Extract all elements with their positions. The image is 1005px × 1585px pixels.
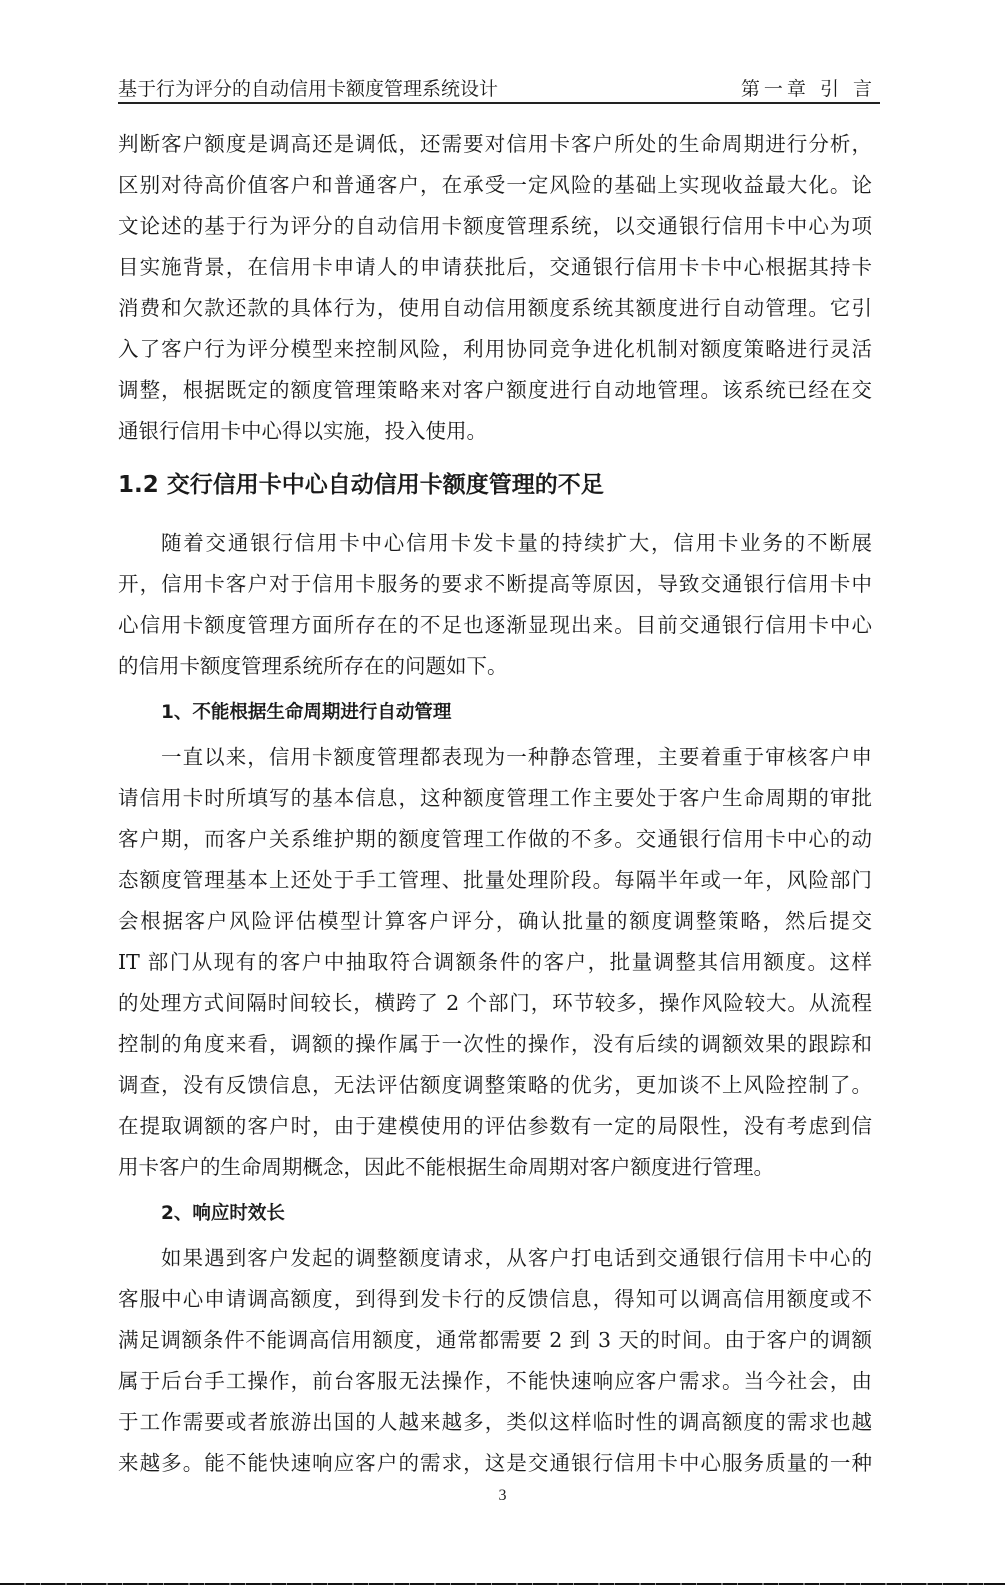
section-heading: 1.2 交行信用卡中心自动信用卡额度管理的不足 — [118, 465, 872, 505]
text-line: 调整，根据既定的额度管理策略来对客户额度进行自动地管理。该系统已经在交 — [118, 370, 872, 411]
text-line: 判断客户额度是调高还是调低，还需要对信用卡客户所处的生命周期进行分析， — [118, 124, 872, 165]
text-line: 目实施背景，在信用卡申请人的申请获批后，交通银行信用卡卡中心根据其持卡 — [118, 247, 872, 288]
text-line: 入了客户行为评分模型来控制风险，利用协同竞争进化机制对额度策略进行灵活 — [118, 329, 872, 370]
subsection-heading-2: 2、响应时效长 — [118, 1194, 872, 1234]
page-number: 3 — [0, 1487, 1005, 1505]
text-line: 在提取调额的客户时，由于建模使用的评估参数有一定的局限性，没有考虑到信 — [118, 1106, 872, 1147]
text-line: IT 部门从现有的客户中抽取符合调额条件的客户，批量调整其信用额度。这样 — [118, 942, 872, 983]
page-body: 判断客户额度是调高还是调低，还需要对信用卡客户所处的生命周期进行分析， 区别对待… — [118, 124, 872, 1484]
text-line: 如果遇到客户发起的调整额度请求，从客户打电话到交通银行信用卡中心的 — [118, 1238, 872, 1279]
text-line: 文论述的基于行为评分的自动信用卡额度管理系统，以交通银行信用卡中心为项 — [118, 206, 872, 247]
paragraph-section-intro: 随着交通银行信用卡中心信用卡发卡量的持续扩大，信用卡业务的不断展 开，信用卡客户… — [118, 523, 872, 687]
text-line: 来越多。能不能快速响应客户的需求，这是交通银行信用卡中心服务质量的一种 — [118, 1443, 872, 1484]
subsection-heading-1: 1、不能根据生命周期进行自动管理 — [118, 693, 872, 733]
text-line: 态额度管理基本上还处于手工管理、批量处理阶段。每隔半年或一年，风险部门 — [118, 860, 872, 901]
text-line: 会根据客户风险评估模型计算客户评分，确认批量的额度调整策略，然后提交 — [118, 901, 872, 942]
text-line: 一直以来，信用卡额度管理都表现为一种静态管理，主要着重于审核客户申 — [118, 737, 872, 778]
running-header: 基于行为评分的自动信用卡额度管理系统设计 第一章 引 言 — [118, 72, 880, 104]
text-line: 调查，没有反馈信息，无法评估额度调整策略的优劣，更加谈不上风险控制了。 — [118, 1065, 872, 1106]
text-line: 消费和欠款还款的具体行为，使用自动信用额度系统其额度进行自动管理。它引 — [118, 288, 872, 329]
text-line: 用卡客户的生命周期概念，因此不能根据生命周期对客户额度进行管理。 — [118, 1147, 872, 1188]
text-line: 于工作需要或者旅游出国的人越来越多，类似这样临时性的调高额度的需求也越 — [118, 1402, 872, 1443]
text-line: 属于后台手工操作，前台客服无法操作，不能快速响应客户需求。当今社会，由 — [118, 1361, 872, 1402]
text-line: 客服中心申请调高额度，到得到发卡行的反馈信息，得知可以调高信用额度或不 — [118, 1279, 872, 1320]
paragraph-intro: 判断客户额度是调高还是调低，还需要对信用卡客户所处的生命周期进行分析， 区别对待… — [118, 124, 872, 452]
text-line: 随着交通银行信用卡中心信用卡发卡量的持续扩大，信用卡业务的不断展 — [118, 523, 872, 564]
running-title: 基于行为评分的自动信用卡额度管理系统设计 — [118, 74, 498, 101]
text-line: 控制的角度来看，调额的操作属于一次性的操作，没有后续的调额效果的跟踪和 — [118, 1024, 872, 1065]
text-line: 区别对待高价值客户和普通客户，在承受一定风险的基础上实现收益最大化。论 — [118, 165, 872, 206]
text-line: 心信用卡额度管理方面所存在的不足也逐渐显现出来。目前交通银行信用卡中心 — [118, 605, 872, 646]
paragraph-subsection-1: 一直以来，信用卡额度管理都表现为一种静态管理，主要着重于审核客户申 请信用卡时所… — [118, 737, 872, 1188]
text-line: 请信用卡时所填写的基本信息，这种额度管理工作主要处于客户生命周期的审批 — [118, 778, 872, 819]
text-line: 的处理方式间隔时间较长，横跨了 2 个部门，环节较多，操作风险较大。从流程 — [118, 983, 872, 1024]
text-line: 开，信用卡客户对于信用卡服务的要求不断提高等原因，导致交通银行信用卡中 — [118, 564, 872, 605]
paragraph-subsection-2: 如果遇到客户发起的调整额度请求，从客户打电话到交通银行信用卡中心的 客服中心申请… — [118, 1238, 872, 1484]
text-line: 满足调额条件不能调高信用额度，通常都需要 2 到 3 天的时间。由于客户的调额 — [118, 1320, 872, 1361]
text-line: 通银行信用卡中心得以实施，投入使用。 — [118, 411, 872, 452]
text-line: 客户期，而客户关系维护期的额度管理工作做的不多。交通银行信用卡中心的动 — [118, 819, 872, 860]
chapter-label: 第一章 引 言 — [741, 74, 876, 101]
text-line: 的信用卡额度管理系统所存在的问题如下。 — [118, 646, 872, 687]
